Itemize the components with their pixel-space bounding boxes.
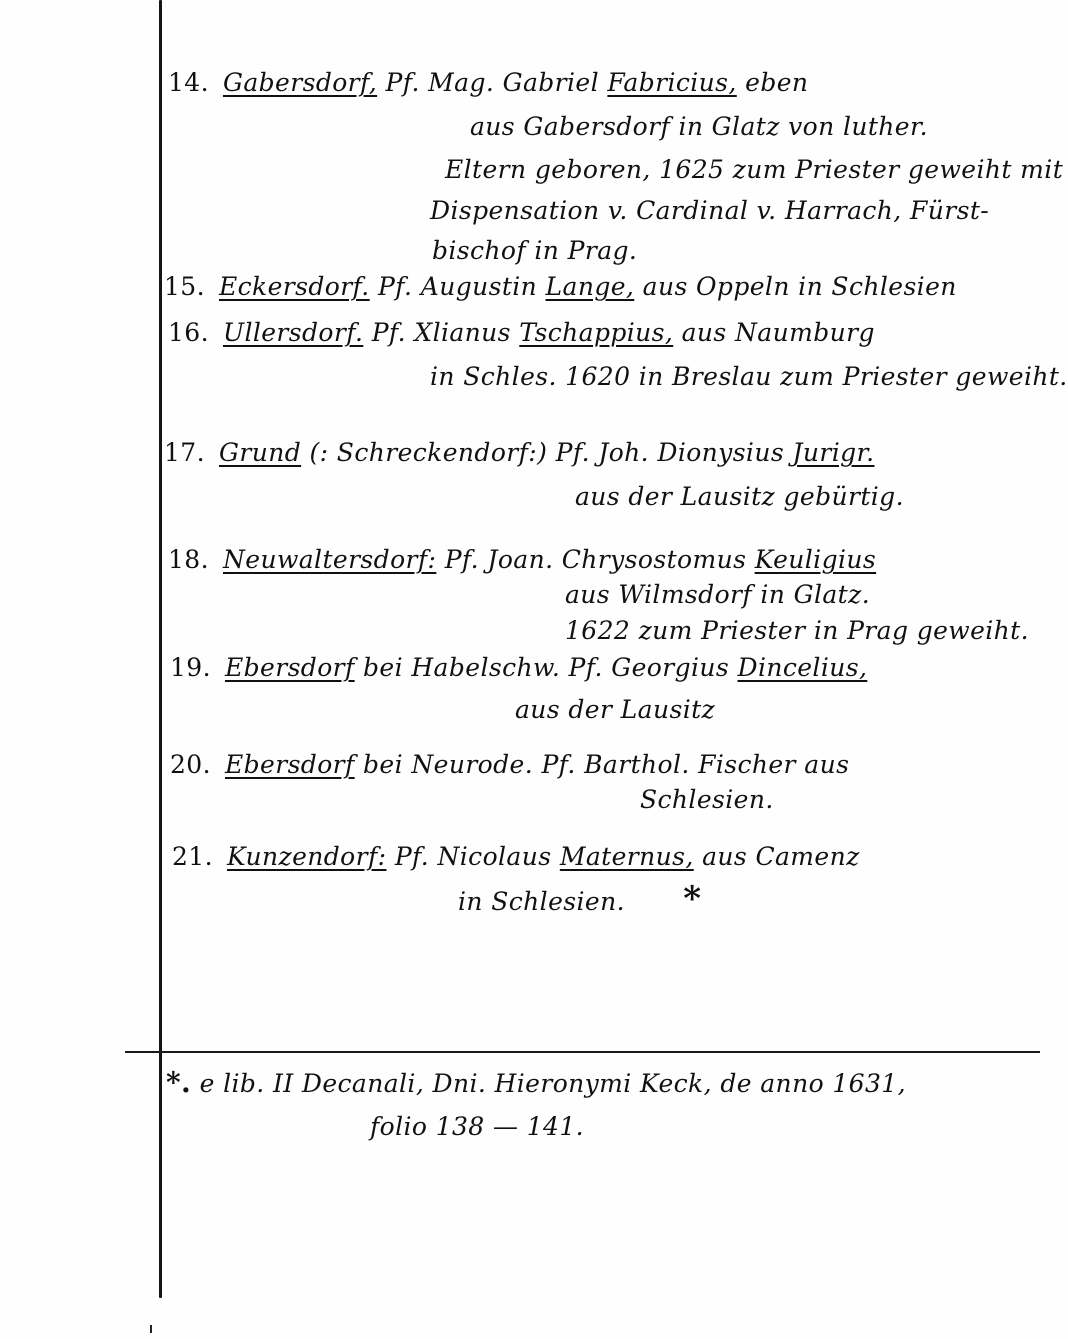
entry-20-line: Schlesien. (640, 785, 774, 815)
entry-surname: Maternus, (560, 842, 694, 871)
entry-15-heading: 15.Eckersdorf. Pf. Augustin Lange, aus O… (164, 272, 957, 302)
entry-place: Neuwaltersdorf: (223, 545, 436, 574)
entry-place: Kunzendorf: (227, 842, 386, 871)
footnote-line-1: *. e lib. II Decanali, Dni. Hieronymi Ke… (166, 1068, 906, 1099)
entry-number: 15. (164, 272, 205, 302)
entry-place: Ebersdorf (225, 750, 355, 779)
entry-surname: Dincelius, (738, 653, 868, 682)
entry-surname: Lange, (546, 272, 635, 301)
entry-18-line: aus Wilmsdorf in Glatz. (565, 580, 870, 610)
entry-number: 19. (170, 653, 211, 683)
entry-number: 16. (168, 318, 209, 348)
entry-16-heading: 16.Ullersdorf. Pf. Xlianus Tschappius, a… (168, 318, 875, 348)
entry-14-line: Dispensation v. Cardinal v. Harrach, Für… (430, 196, 989, 226)
entry-text: aus Oppeln in Schlesien (643, 272, 957, 301)
entry-14-line: aus Gabersdorf in Glatz von luther. (470, 112, 928, 142)
entry-text: aus Camenz (702, 842, 860, 871)
footnote-text: de anno 1631, (720, 1069, 906, 1098)
entry-title: Pf. (372, 318, 406, 347)
entry-place-note: (: Schreckendorf:) (309, 438, 547, 467)
manuscript-page: 14.Gabersdorf, Pf. Mag. Gabriel Fabriciu… (0, 0, 1068, 1339)
left-margin-rule (159, 0, 162, 1298)
entry-21-heading: 21.Kunzendorf: Pf. Nicolaus Maternus, au… (172, 842, 860, 872)
footnote-name: Keck, (640, 1069, 712, 1098)
entry-first-name: Xlianus (414, 318, 511, 347)
entry-21-line: in Schlesien. * (458, 884, 701, 917)
footnote-line-2: folio 138 — 141. (370, 1112, 584, 1142)
footnote-asterisk-icon: *. (166, 1066, 191, 1099)
entry-first-name: Barthol. (584, 750, 690, 779)
entry-surname: Fischer (698, 750, 796, 779)
entry-title: Pf. (569, 653, 603, 682)
entry-first-name: Gabriel (503, 68, 599, 97)
entry-19-line: aus der Lausitz (515, 695, 715, 725)
entry-first-name: Joh. Dionysius (598, 438, 784, 467)
stray-mark (150, 1325, 152, 1333)
entry-title: Pf. (445, 545, 479, 574)
entry-text: eben (745, 68, 808, 97)
entry-17-heading: 17.Grund (: Schreckendorf:) Pf. Joh. Dio… (164, 438, 874, 468)
footnote-text: e lib. II Decanali, Dni. Hieronymi (200, 1069, 632, 1098)
entry-place: Grund (219, 438, 301, 467)
entry-title: Pf. (541, 750, 575, 779)
entry-first-name: Augustin (421, 272, 537, 301)
entry-18-heading: 18.Neuwaltersdorf: Pf. Joan. Chrysostomu… (168, 545, 876, 575)
entry-17-line: aus der Lausitz gebürtig. (575, 482, 904, 512)
entry-place-note: bei Neurode. (363, 750, 533, 779)
entry-place: Ullersdorf. (223, 318, 363, 347)
entry-surname: Jurigr. (792, 438, 874, 467)
entry-surname: Tschappius, (519, 318, 673, 347)
entry-text: in Schlesien. (458, 887, 625, 916)
entry-place: Ebersdorf (225, 653, 355, 682)
entry-16-line: in Schles. 1620 in Breslau zum Priester … (430, 362, 1068, 392)
entry-first-name: Nicolaus (438, 842, 552, 871)
entry-number: 17. (164, 438, 205, 468)
entry-title: Pf. (378, 272, 412, 301)
entry-14-heading: 14.Gabersdorf, Pf. Mag. Gabriel Fabriciu… (168, 68, 808, 98)
entry-first-name: Joan. Chrysostomus (487, 545, 746, 574)
entry-text: aus (804, 750, 849, 779)
entry-title: Pf. Mag. (386, 68, 495, 97)
entry-number: 20. (170, 750, 211, 780)
entry-title: Pf. (395, 842, 429, 871)
entry-14-line: Eltern geboren, 1625 zum Priester geweih… (445, 155, 1063, 185)
entry-title: Pf. (556, 438, 590, 467)
entry-text: aus Naumburg (682, 318, 875, 347)
entry-18-line: 1622 zum Priester in Prag geweiht. (565, 616, 1029, 646)
entry-number: 14. (168, 68, 209, 98)
entry-number: 21. (172, 842, 213, 872)
entry-place: Gabersdorf, (223, 68, 377, 97)
entry-number: 18. (168, 545, 209, 575)
entry-19-heading: 19.Ebersdorf bei Habelschw. Pf. Georgius… (170, 653, 867, 683)
entry-first-name: Georgius (611, 653, 729, 682)
entry-surname: Keuligius (755, 545, 876, 574)
entry-place-note: bei Habelschw. (363, 653, 560, 682)
entry-20-heading: 20.Ebersdorf bei Neurode. Pf. Barthol. F… (170, 750, 849, 780)
entry-place: Eckersdorf. (219, 272, 370, 301)
entry-14-line: bischof in Prag. (432, 236, 637, 266)
entry-surname: Fabricius, (607, 68, 736, 97)
footnote-asterisk-icon: * (683, 879, 701, 919)
footnote-separator-rule (125, 1051, 1040, 1053)
